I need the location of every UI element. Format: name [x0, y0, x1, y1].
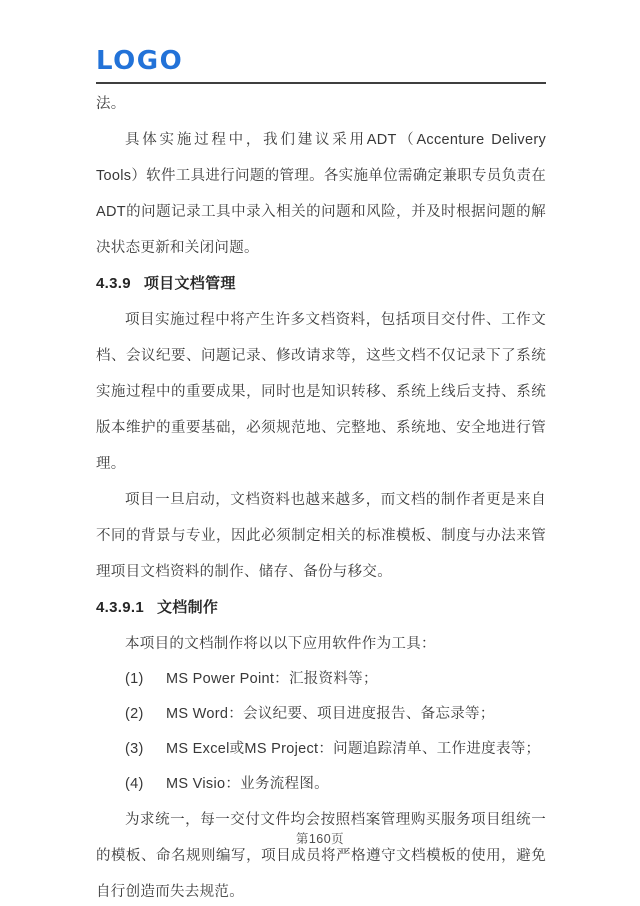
- paragraph: 法。: [96, 86, 546, 122]
- section-number: 4.3.9: [96, 275, 131, 292]
- list-item-marker: (4): [125, 767, 166, 802]
- paragraph: 为求统一，每一交付文件均会按照档案管理购买服务项目组统一的模板、命名规则编写，项…: [96, 802, 546, 906]
- document-body: 法。具体实施过程中，我们建议采用ADT（Accenture Delivery T…: [96, 86, 546, 906]
- page-header: LOGO: [96, 46, 546, 84]
- section-heading: 4.3.9项目文档管理: [96, 266, 546, 302]
- list-item-text: MS Excel或MS Project：问题追踪清单、工作进度表等；: [166, 741, 540, 757]
- list-item-text: MS Visio：业务流程图。: [166, 776, 329, 792]
- document-page: LOGO 法。具体实施过程中，我们建议采用ADT（Accenture Deliv…: [0, 0, 640, 906]
- list-item: (3)MS Excel或MS Project：问题追踪清单、工作进度表等；: [96, 732, 546, 767]
- section-title: 项目文档管理: [144, 275, 236, 292]
- list-item-text: MS Power Point：汇报资料等；: [166, 671, 378, 687]
- list-item-marker: (1): [125, 662, 166, 697]
- section-heading: 4.3.9.1文档制作: [96, 590, 546, 626]
- paragraph: 本项目的文档制作将以以下应用软件作为工具：: [96, 626, 546, 662]
- page-number: 第160页: [296, 832, 344, 846]
- paragraph: 具体实施过程中，我们建议采用ADT（Accenture Delivery Too…: [96, 122, 546, 266]
- list-item-text: MS Word：会议纪要、项目进度报告、备忘录等；: [166, 706, 495, 722]
- section-number: 4.3.9.1: [96, 599, 144, 616]
- list-item-marker: (2): [125, 697, 166, 732]
- list-item: (1)MS Power Point：汇报资料等；: [96, 662, 546, 697]
- header-divider: [96, 82, 546, 84]
- list-item: (4)MS Visio：业务流程图。: [96, 767, 546, 802]
- page-footer: 第160页: [0, 829, 640, 847]
- section-title: 文档制作: [157, 599, 218, 616]
- list-item-marker: (3): [125, 732, 166, 767]
- logo: LOGO: [96, 46, 546, 76]
- paragraph: 项目实施过程中将产生许多文档资料，包括项目交付件、工作文档、会议纪要、问题记录、…: [96, 302, 546, 482]
- paragraph: 项目一旦启动，文档资料也越来越多，而文档的制作者更是来自不同的背景与专业，因此必…: [96, 482, 546, 590]
- list-item: (2)MS Word：会议纪要、项目进度报告、备忘录等；: [96, 697, 546, 732]
